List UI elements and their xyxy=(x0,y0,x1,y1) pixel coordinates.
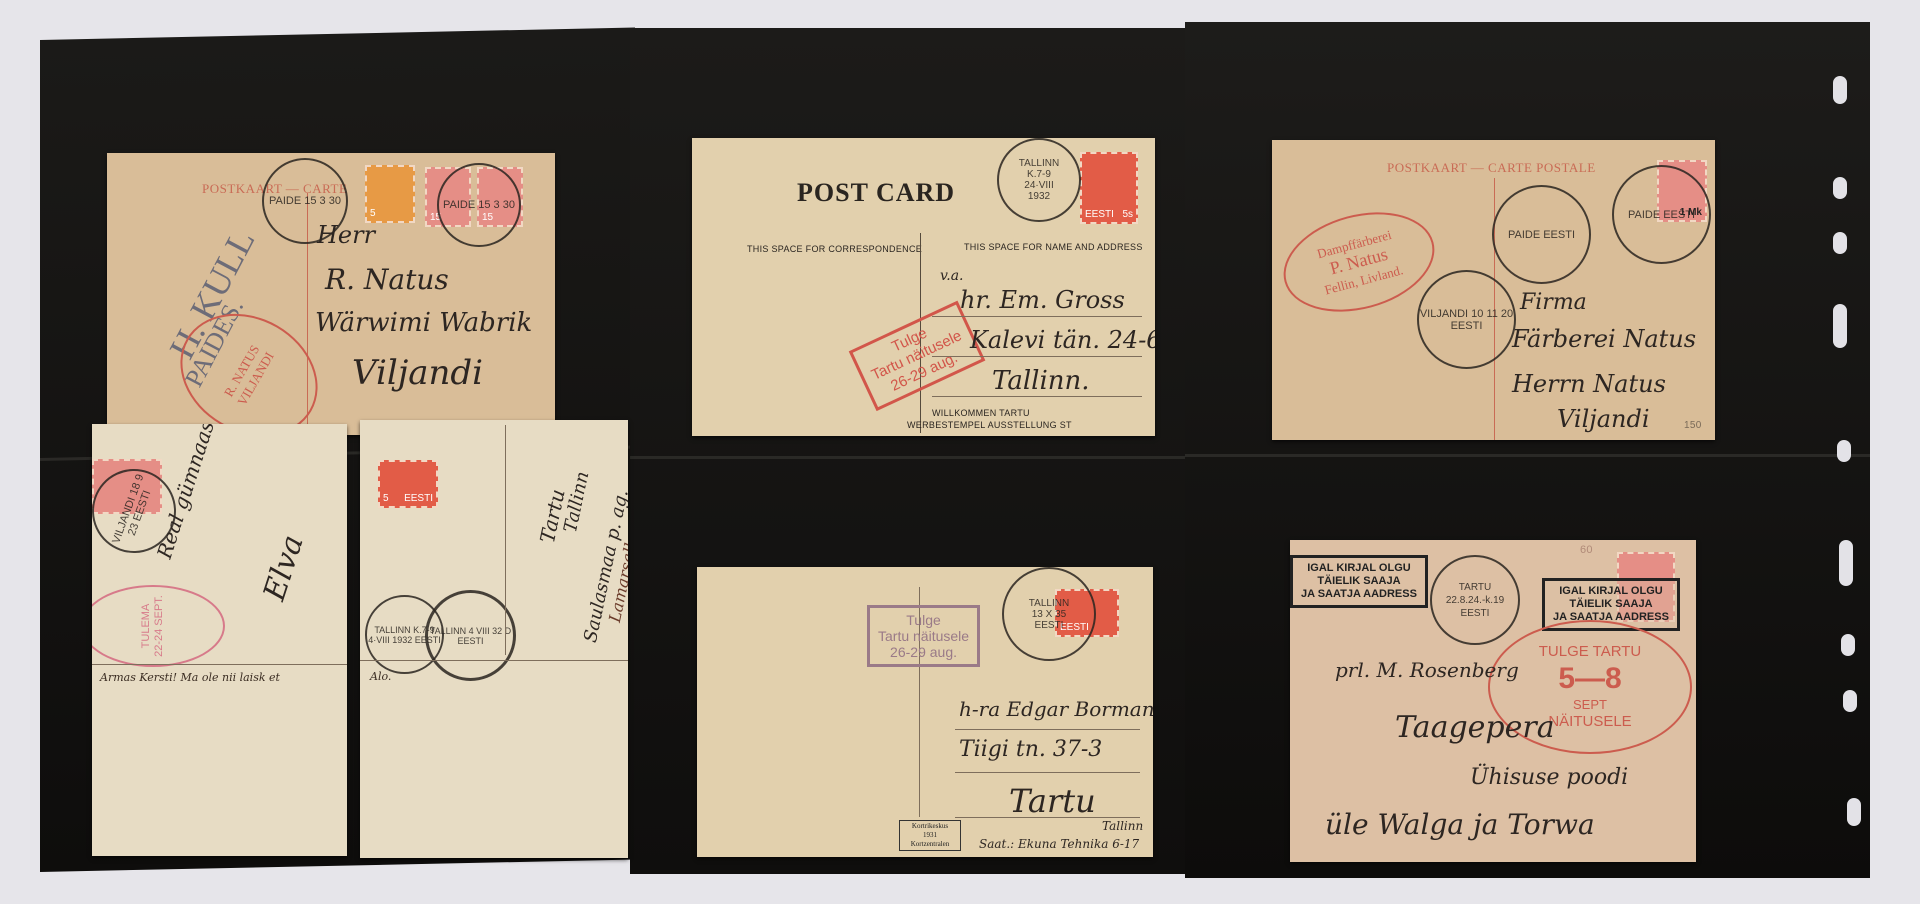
binder-hole xyxy=(1841,634,1855,656)
address-line: Tartu xyxy=(1009,782,1096,820)
postmark: PAIDE EESTI xyxy=(1612,165,1711,264)
postmark: TALLINN13 X 35EESTI xyxy=(1002,567,1096,661)
address-line: Elva xyxy=(257,531,311,605)
message-text: Alo. xyxy=(370,668,391,686)
address-line: Ühisuse poodi xyxy=(1470,765,1628,790)
address-line: Herrn Natus xyxy=(1512,370,1666,398)
slogan-box-left: IGAL KIRJAL OLGUTÄIELIK SAAJAJA SAATJA A… xyxy=(1290,555,1428,608)
postmark: VILJANDI 10 11 20 EESTI xyxy=(1417,270,1516,369)
binder-hole xyxy=(1833,232,1847,254)
binder-hole xyxy=(1847,798,1861,826)
binder-hole xyxy=(1837,440,1851,462)
address-label: THIS SPACE FOR NAME AND ADDRESS xyxy=(964,242,1143,252)
postmark: TALLINN 4 VIII 32 D EESTI xyxy=(425,590,516,681)
address-line: prl. M. Rosenberg xyxy=(1335,658,1519,682)
postmark: PAIDE 15 3 30 xyxy=(437,163,521,247)
postcard-title: POST CARD xyxy=(797,178,955,208)
postage-stamp: 5 xyxy=(365,165,415,223)
pencil-note: 60 xyxy=(1580,544,1593,556)
pencil-note: 150 xyxy=(1684,420,1702,431)
binder-hole xyxy=(1833,177,1847,199)
address-line: Taagepera xyxy=(1395,710,1555,745)
publisher-imprint: Kortrikeskus1931Kortzentralen xyxy=(899,820,961,851)
postcard-natus[interactable]: POSTKAART — CARTE POSTALE 1 Mk Dampffärb… xyxy=(1272,140,1715,440)
postage-stamp: 5EESTI xyxy=(378,460,438,508)
binder-hole xyxy=(1833,304,1847,348)
correspondence-label: THIS SPACE FOR CORRESPONDENCE xyxy=(747,244,922,254)
postcard-tartu-1935[interactable]: EESTI TALLINN13 X 35EESTI TulgeTartu näi… xyxy=(697,567,1153,857)
postmark: TALLINNK.7-924·VIII1932 xyxy=(997,138,1081,222)
binder-hole xyxy=(1843,690,1857,712)
address-line: Tallinn. xyxy=(992,366,1090,396)
postcard-paide[interactable]: POSTKAART — CARTE 5 15 15 PAIDE 15 3 30 … xyxy=(107,153,555,435)
postmark: PAIDE EESTI xyxy=(1492,185,1591,284)
address-line: Tallinn xyxy=(560,470,593,535)
address-line: Viljandi xyxy=(352,353,483,393)
address-line: Firma xyxy=(1520,290,1587,315)
address-line: Färberei Natus xyxy=(1512,325,1696,353)
address-line: Tiigi tn. 37-3 xyxy=(959,737,1102,762)
address-line: Wärwimi Wabrik xyxy=(315,308,532,338)
cover-tartu[interactable]: IGAL KIRJAL OLGUTÄIELIK SAAJAJA SAATJA A… xyxy=(1290,540,1696,862)
binder-hole xyxy=(1833,76,1847,104)
address-line: Viljandi xyxy=(1557,405,1650,433)
sender-line: Tallinn xyxy=(1102,819,1143,833)
address-line: hr. Em. Gross xyxy=(960,286,1125,314)
address-line: Kalevi tän. 24-6 xyxy=(970,326,1155,354)
address-line: h-ra Edgar Bormann xyxy=(959,697,1153,721)
postcard-tallinn-1932-2[interactable]: 5EESTI TALLINN K.7-9 4·VIII 1932 EESTI T… xyxy=(360,420,628,858)
postage-stamp: EESTI5s xyxy=(1080,152,1138,224)
card-header: POSTKAART — CARTE POSTALE xyxy=(1387,160,1596,176)
binder-hole xyxy=(1839,540,1853,586)
strip-divider xyxy=(1185,454,1870,457)
postcard-tallinn-1932[interactable]: POST CARD THIS SPACE FOR CORRESPONDENCE … xyxy=(692,138,1155,436)
address-line: Herr xyxy=(317,221,375,249)
strip-divider xyxy=(630,456,1190,459)
postcard-viljandi-1923[interactable]: VILJANDI 18 9 23 EESTI TULEMA22-24 SEPT.… xyxy=(92,424,347,856)
exhibition-oval-cachet: TULEMA22-24 SEPT. xyxy=(92,585,225,667)
sender-line: Saat.: Ekuna Tehnika 6-17 xyxy=(979,837,1139,851)
address-line: üle Walga ja Torwa xyxy=(1325,808,1595,841)
postmark: TARTU22.8.24.-k.19EESTI xyxy=(1430,555,1520,645)
pencil-note: WERBESTEMPEL AUSSTELLUNG ST xyxy=(907,420,1072,430)
address-line: v.a. xyxy=(940,268,964,284)
pencil-note: WILLKOMMEN TARTU xyxy=(932,408,1030,418)
address-line: R. Natus xyxy=(325,263,449,296)
violet-slogan-box: TulgeTartu näitusele26-29 aug. xyxy=(867,605,980,667)
message-text: Armas Kersti! Ma ole nii laisk et xyxy=(100,669,280,687)
